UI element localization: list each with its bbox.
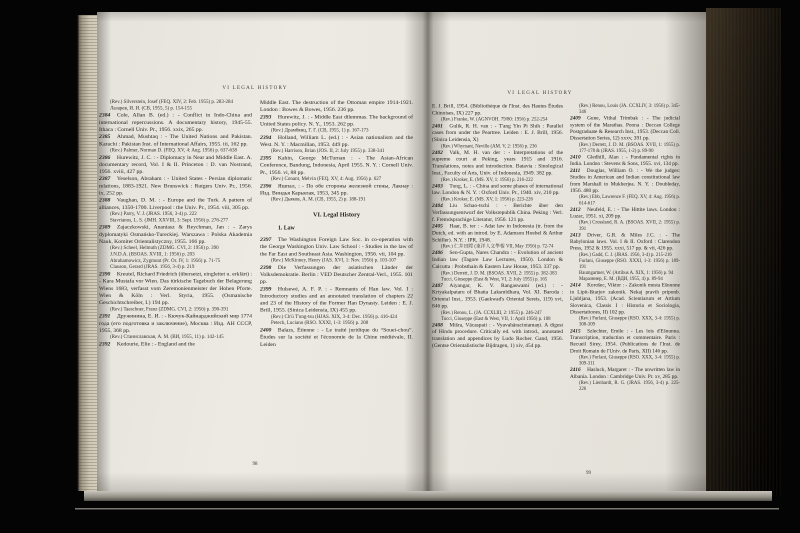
subsection-heading: 1. Law <box>260 225 413 232</box>
bib-entry: 2393Hurewitz, J. : - Middle East dilemma… <box>260 113 413 127</box>
entry-number: 2406 <box>432 250 449 256</box>
review-line: (Rev.) Silverstein, Josef (FEQ. XIV, 2: … <box>110 99 252 105</box>
bib-entry: 2409Gune, Vithal Trimbak : - The judicia… <box>570 115 680 142</box>
review-line: (Rev.) Renou, Louis (JA. CCXLIV, 3: 1956… <box>579 103 680 115</box>
book-left-page-stack-edge <box>77 15 99 491</box>
bib-entry: 2415Szlechter, Emile : - Les lois d'Ešnu… <box>570 328 680 355</box>
review-line: (Rev.) Derrett, J. D. M. (BSOAS. XVII, 1… <box>579 142 680 154</box>
review-line: (Rev.) McKinney, Henry (JAS. XVI, 1: Nov… <box>271 257 413 263</box>
bib-entry: 2388Vaughan, D. M. : - Europe and the Tu… <box>99 197 252 211</box>
entry-number: 2399 <box>260 286 278 292</box>
bib-entry: 2412Neufeld, E. : - The Hittite laws. Lo… <box>570 206 680 219</box>
entry-number: 2402 <box>432 149 449 155</box>
entry-number: 2389 <box>99 224 117 230</box>
bib-entry: 2410Gledhill, Alan : - Fundamental right… <box>570 154 680 167</box>
entry-number: 2404 <box>432 203 449 209</box>
bib-entry: 2397The Washington Foreign Law Soc. in c… <box>260 236 413 257</box>
review-line: Tucci, Giuseppe (East & West, VII, 1: Ap… <box>441 316 563 322</box>
entry-number: 2414 <box>570 283 587 289</box>
review-line: (Rev.) Дьяков, А. М. (СВ, 1955, 2) p. 18… <box>271 197 413 203</box>
table-edge-line <box>75 508 779 510</box>
bib-entry: 2390Kreutel, Richard Friedrich (übersetz… <box>99 271 252 307</box>
book-bottom-page-edges <box>84 491 772 501</box>
review-line: (Rev.) Lienhardt, R. G. (JRAS. 1956, 3-4… <box>579 380 680 392</box>
entry-number: 2410 <box>570 155 587 161</box>
bib-entry: 2413Driver, G.R. & Miles J.C. : - The Ba… <box>570 232 680 252</box>
book-fore-edge <box>706 8 781 496</box>
bib-entry: 2391Дружинина, Е. И. : - Кючук-Кайнарджи… <box>99 313 252 334</box>
review-line: (Rev.) Derrett, J. D. M. (BSOAS. XVII, 2… <box>441 270 563 276</box>
entry-number: 2416 <box>570 367 587 373</box>
entry-number: 2390 <box>99 271 117 277</box>
entry-number: 2393 <box>260 114 278 120</box>
bib-entry: 2396Яшпал, : - По обе стороны железной с… <box>260 182 413 196</box>
right-page-column-1: E. J. Brill, 1954. (Bibliothèque de l'In… <box>432 103 563 479</box>
bib-entry: 2398Die Verfassungen der asiatischen Län… <box>260 264 413 285</box>
entry-number: 2407 <box>432 282 449 288</box>
review-line: (Rev.) Palmer, Norman D. (FEQ. XV, 4: Au… <box>110 147 252 153</box>
entry-number: 2391 <box>99 313 117 319</box>
entry-number: 2386 <box>99 154 117 160</box>
bib-entry: 2386Hurewitz, J. C. : - Diplomacy in Nea… <box>99 154 252 175</box>
entry-number: 2411 <box>570 168 587 174</box>
entry-number: 2409 <box>570 116 587 122</box>
bib-entry: 2392Kedourie, Elie : - England and the <box>99 340 252 347</box>
book-photo: VI LEGAL HISTORY VI LEGAL HISTORY (Rev.)… <box>0 0 800 533</box>
review-line: (Rev.) Furlani, Giuseppe (RSO. XXX, 3-4:… <box>579 316 680 328</box>
bib-entry: 2403Tung, L. : - China and some phases o… <box>432 183 563 197</box>
review-line: (Rev.) Crossland, R. A. (BSOAS. XVII, 2:… <box>579 220 680 232</box>
entry-number: 2387 <box>99 176 117 182</box>
left-page-column-2: Middle East. The destruction of the Otto… <box>260 99 413 473</box>
entry-number: 2388 <box>99 197 117 203</box>
bib-entry: 2407Aiyangar, K. V. Rangaswami (ed.) : -… <box>432 282 563 309</box>
right-page-column-2: (Rev.) Renou, Louis (JA. CCXLIV, 3: 1956… <box>570 103 680 484</box>
bib-entry: 2401Gulik, R. H. van : - T'ang Yin Pi Sh… <box>432 123 563 144</box>
bib-entry: 2416Hasluck, Margaret : - The unwritten … <box>570 367 680 380</box>
bib-entry: 2389Zajaczkowski, Ananiasz & Reychman, J… <box>99 224 252 245</box>
review-line: (Rev.) Franke, W. (AGNVOH. 79/80: 1956) … <box>441 117 563 123</box>
section-heading: VI. Legal History <box>260 211 413 219</box>
bib-entry: 2411Douglas, William O. : - We the judge… <box>570 167 680 194</box>
review-line: Furlani, Giuseppe (RSO. XXXI, 1-3: 1956)… <box>579 258 680 270</box>
entry-number: 2392 <box>99 341 117 347</box>
entry-number: 2394 <box>260 134 278 140</box>
entry-number: 2395 <box>260 155 278 161</box>
review-line: (Rev.) Furlani, Giuseppe (RSO. XXX, 3-4:… <box>579 355 680 367</box>
bib-entry: 2404Liu Schao-tschi : - Berichte über de… <box>432 203 563 224</box>
page-number-right: 99 <box>575 470 602 476</box>
bib-entry: 2385Ahmad, Mushtaq : - The United Nation… <box>99 133 252 147</box>
bib-entry: 2414Korošec, Viktor : - Zakonik mesta Eš… <box>570 282 680 316</box>
entry-number: 2415 <box>570 328 587 334</box>
review-line: Tucci, Giuseppe (East & West, VI, 2: Jul… <box>441 276 563 282</box>
bib-entry: 2400Balazs, Étienne : - Le traité juridi… <box>260 327 413 348</box>
bib-entry: 2405Haar, B. ter : - Adat law in Indones… <box>432 223 563 244</box>
continuation-paragraph: E. J. Brill, 1954. (Bibliothèque de l'In… <box>432 103 563 117</box>
entry-number: 2403 <box>432 183 449 189</box>
bib-entry: 2402Valk, M. H. van der : - Interpretati… <box>432 149 563 176</box>
entry-number: 2385 <box>99 134 117 140</box>
entry-number: 2408 <box>432 322 449 328</box>
bib-entry: 2395Kahin, George McTurnan : - The Asian… <box>260 155 413 176</box>
continuation-paragraph: Middle East. The destruction of the Otto… <box>260 99 413 113</box>
left-page-column-1: (Rev.) Silverstein, Josef (FEQ. XIV, 2: … <box>99 99 252 473</box>
entry-number: 2413 <box>570 232 587 238</box>
entry-number: 2396 <box>260 183 278 189</box>
entry-number: 2412 <box>570 207 587 213</box>
bib-entry: 2399Hulsewé, A. F. P. : - Remnants of Ha… <box>260 285 413 314</box>
running-head-left: VI LEGAL HISTORY <box>160 85 350 91</box>
bib-entry: 2394Holland, William L. (ed.) : - Asian … <box>260 134 413 148</box>
review-line: (Rev.) Ebb, Lawrence F. (FEQ. XV, 4: Aug… <box>579 194 680 206</box>
bib-entry: 2384Cole, Allan B. (ed.) : - Conflict in… <box>99 112 252 133</box>
entry-number: 2397 <box>260 237 278 243</box>
bib-entry: 2387Yeselson, Abraham : - United States … <box>99 175 252 196</box>
entry-number: 2401 <box>432 123 449 129</box>
page-number-left: 98 <box>240 461 270 467</box>
entry-number: 2400 <box>260 327 278 333</box>
bib-entry: 2406Sen-Gupta, Nares Chandra : - Evoluti… <box>432 250 563 271</box>
page-top-shadow <box>97 12 706 22</box>
entry-number: 2405 <box>432 223 449 229</box>
running-head-right: VI LEGAL HISTORY <box>435 90 645 96</box>
bib-entry: 2408Mišra, Vācaspati : - Vyavahāracintam… <box>432 322 563 349</box>
entry-number: 2384 <box>99 112 117 118</box>
entry-number: 2398 <box>260 264 278 270</box>
